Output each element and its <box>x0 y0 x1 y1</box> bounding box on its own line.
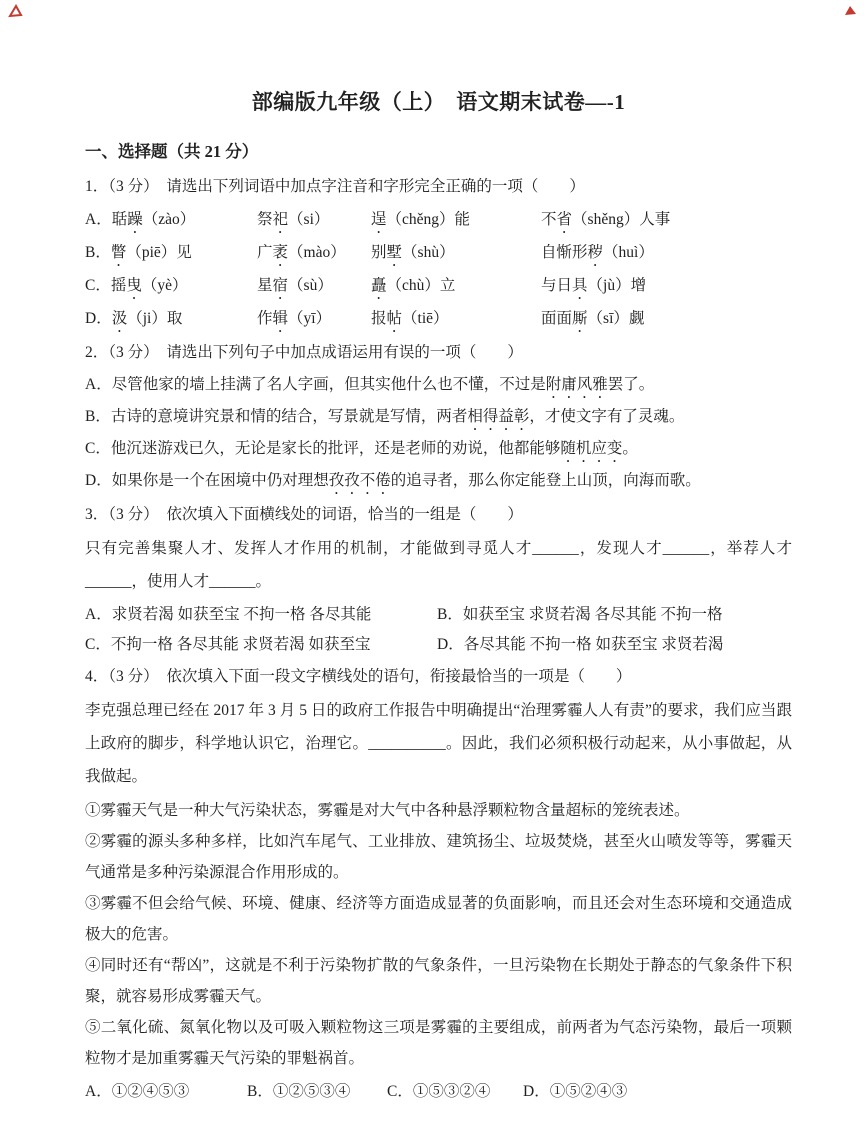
text-segment: （yī） <box>288 310 331 327</box>
q1-option-cell: A．聒躁（zào） <box>85 204 257 237</box>
emphasized-text: 具 <box>572 277 588 294</box>
emphasized-text: 宿 <box>273 277 289 294</box>
q1-option-row: A．聒躁（zào）祭祀（si）逞（chěng）能不省（shěng）人事 <box>85 204 792 237</box>
q4-choice: D．①⑤②④③ <box>523 1077 792 1107</box>
section-heading: 一、选择题（共 21 分） <box>85 138 792 166</box>
q2-option: A．尽管他家的墙上挂满了名人字画，但其实他什么也不懂，不过是附庸风雅罢了。 <box>85 370 792 402</box>
option-label: D． <box>85 310 112 327</box>
q4-list-item: ③雾霾不但会给气候、环境、健康、经济等方面造成显著的负面影响，而且还会对生态环境… <box>85 888 792 950</box>
corner-mark-top-left <box>8 4 24 18</box>
q1-stem: 1．（3 分） 请选出下列词语中加点字注音和字形完全正确的一项（ ） <box>85 172 792 202</box>
emphasized-text: 躁 <box>127 211 143 228</box>
text-segment: 别 <box>371 244 387 261</box>
q4-list-item: ②雾霾的源头多种多样，比如汽车尾气、工业排放、建筑扬尘、垃圾焚烧，甚至火山喷发等… <box>85 826 792 888</box>
emphasized-text: 袤 <box>273 244 289 261</box>
q4-choice: C．①⑤③②④ <box>387 1077 523 1107</box>
q1-option-cell: 报帖（tiē） <box>371 303 541 336</box>
q2-options: A．尽管他家的墙上挂满了名人字画，但其实他什么也不懂，不过是附庸风雅罢了。B．古… <box>85 370 792 498</box>
option-text: ①⑤③②④ <box>413 1083 491 1100</box>
q3-option-row: A．求贤若渴 如获至宝 不拘一格 各尽其能B．如获至宝 求贤若渴 各尽其能 不拘… <box>85 600 792 630</box>
q4-list-item: ⑤二氧化硫、氮氧化物以及可吸入颗粒物这三项是雾霾的主要组成，前两者为气态污染物，… <box>85 1012 792 1074</box>
q1-option-row: D．汲（ji）取作辑（yī）报帖（tiē）面面厮（sī）觑 <box>85 303 792 336</box>
text-segment: 古诗的意境讲究景和情的结合，写景就是写情，两者 <box>111 408 468 425</box>
option-text: 求贤若渴 如获至宝 不拘一格 各尽其能 <box>112 606 372 623</box>
emphasized-text: 秽 <box>588 244 604 261</box>
q4-passage: 李克强总理已经在 2017 年 3 月 5 日的政府工作报告中明确提出“治理雾霾… <box>85 694 792 793</box>
q2-stem: 2．（3 分） 请选出下列句子中加点成语运用有误的一项（ ） <box>85 338 792 368</box>
text-segment: 如果你是一个在困境中仍对理想 <box>112 472 329 489</box>
emphasized-text: 随机应变 <box>560 440 622 457</box>
q4-choice: B．①②⑤③④ <box>247 1077 387 1107</box>
option-text: ①②④⑤③ <box>112 1083 190 1100</box>
text-segment: （si） <box>288 211 329 228</box>
text-segment: （zào） <box>143 211 196 228</box>
q1-option-cell: 别墅（shù） <box>371 237 541 270</box>
option-text: ①②⑤③④ <box>273 1083 351 1100</box>
option-label: B． <box>85 408 111 425</box>
option-label: C． <box>85 277 111 294</box>
q1-option-cell: 不省（shěng）人事 <box>541 204 792 237</box>
text-segment: 的追寻者，那么你定能登上山顶，向海而歌。 <box>391 472 701 489</box>
option-label: C． <box>85 440 111 457</box>
q3-option: B．如获至宝 求贤若渴 各尽其能 不拘一格 <box>437 600 792 630</box>
text-segment: 星 <box>257 277 273 294</box>
emphasized-text: 曳 <box>126 277 142 294</box>
emphasized-text: 附庸风雅 <box>546 376 608 393</box>
option-label: A． <box>85 376 112 393</box>
q1-option-cell: 作辑（yī） <box>257 303 371 336</box>
text-segment: （yè） <box>142 277 188 294</box>
q1-options: A．聒躁（zào）祭祀（si）逞（chěng）能不省（shěng）人事B．瞥（p… <box>85 204 792 336</box>
q1-option-cell: 面面厮（sī）觑 <box>541 303 792 336</box>
option-label: C． <box>387 1083 413 1100</box>
text-segment: （tiē） <box>402 310 449 327</box>
option-label: A． <box>85 606 112 623</box>
text-segment: （shěng）人事 <box>572 211 670 228</box>
text-segment: ，才使文字有了灵魂。 <box>529 408 684 425</box>
emphasized-text: 逞 <box>371 211 387 228</box>
option-label: D． <box>437 636 464 653</box>
corner-mark-top-right <box>842 4 858 18</box>
emphasized-text: 矗 <box>371 277 387 294</box>
q3-stem: 3．（3 分） 依次填入下面横线处的词语，恰当的一组是（ ） <box>85 500 792 530</box>
q1-option-cell: C．摇曳（yè） <box>85 270 257 303</box>
option-text: 如获至宝 求贤若渴 各尽其能 不拘一格 <box>463 606 723 623</box>
q1-option-cell: 矗（chù）立 <box>371 270 541 303</box>
q1-option-cell: 与日具（jù）增 <box>541 270 792 303</box>
q1-option-cell: 自惭形秽（huì） <box>541 237 792 270</box>
q1-option-cell: B．瞥（piē）见 <box>85 237 257 270</box>
text-segment: （huì） <box>603 244 654 261</box>
q2-option: C．他沉迷游戏已久，无论是家长的批评，还是老师的劝说，他都能够随机应变。 <box>85 434 792 466</box>
emphasized-text: 孜孜不倦 <box>329 472 391 489</box>
text-segment: （ji）取 <box>127 310 182 327</box>
text-segment: 尽管他家的墙上挂满了名人字画，但其实他什么也不懂，不过是 <box>112 376 546 393</box>
option-label: B． <box>85 244 111 261</box>
q2-option: B．古诗的意境讲究景和情的结合，写景就是写情，两者相得益彰，才使文字有了灵魂。 <box>85 402 792 434</box>
q3-options: A．求贤若渴 如获至宝 不拘一格 各尽其能B．如获至宝 求贤若渴 各尽其能 不拘… <box>85 600 792 660</box>
q4-choice: A．①②④⑤③ <box>85 1077 247 1107</box>
text-segment: （sī）觑 <box>588 310 645 327</box>
q3-option-row: C．不拘一格 各尽其能 求贤若渴 如获至宝D．各尽其能 不拘一格 如获至宝 求贤… <box>85 630 792 660</box>
q1-option-cell: 星宿（sù） <box>257 270 371 303</box>
option-label: D． <box>85 472 112 489</box>
q3-option: D．各尽其能 不拘一格 如获至宝 求贤若渴 <box>437 630 792 660</box>
page-title: 部编版九年级（上） 语文期末试卷—-1 <box>85 86 792 118</box>
q1-option-cell: D．汲（ji）取 <box>85 303 257 336</box>
emphasized-text: 帖 <box>387 310 403 327</box>
text-segment: 他沉迷游戏已久，无论是家长的批评，还是老师的劝说，他都能够 <box>111 440 561 457</box>
q3-option: A．求贤若渴 如获至宝 不拘一格 各尽其能 <box>85 600 437 630</box>
emphasized-text: 厮 <box>572 310 588 327</box>
option-label: D． <box>523 1083 550 1100</box>
text-segment: 摇 <box>111 277 127 294</box>
q1-option-row: B．瞥（piē）见广袤（mào）别墅（shù）自惭形秽（huì） <box>85 237 792 270</box>
exam-content: 部编版九年级（上） 语文期末试卷—-1 一、选择题（共 21 分） 1．（3 分… <box>85 86 792 1107</box>
emphasized-text: 瞥 <box>111 244 127 261</box>
exam-page: 部编版九年级（上） 语文期末试卷—-1 一、选择题（共 21 分） 1．（3 分… <box>0 0 866 1122</box>
option-text: 不拘一格 各尽其能 求贤若渴 如获至宝 <box>111 636 371 653</box>
emphasized-text: 祀 <box>273 211 289 228</box>
q3-passage: 只有完善集聚人才、发挥人才作用的机制，才能做到寻觅人才______，发现人才__… <box>85 532 792 598</box>
text-segment: 广 <box>257 244 273 261</box>
option-label: A． <box>85 211 112 228</box>
text-segment: 不 <box>541 211 557 228</box>
option-text: ①⑤②④③ <box>550 1083 628 1100</box>
option-label: A． <box>85 1083 112 1100</box>
q4-list: ①雾霾天气是一种大气污染状态，雾霾是对大气中各种悬浮颗粒物含量超标的笼统表述。②… <box>85 795 792 1074</box>
text-segment: （chù）立 <box>387 277 456 294</box>
emphasized-text: 相得益彰 <box>467 408 529 425</box>
text-segment: 祭 <box>257 211 273 228</box>
emphasized-text: 墅 <box>387 244 403 261</box>
option-label: C． <box>85 636 111 653</box>
q4-stem: 4．（3 分） 依次填入下面一段文字横线处的语句，衔接最恰当的一项是（ ） <box>85 662 792 692</box>
text-segment: （chěng）能 <box>387 211 471 228</box>
option-label: B． <box>437 606 463 623</box>
text-segment: （shù） <box>402 244 455 261</box>
q1-option-cell: 逞（chěng）能 <box>371 204 541 237</box>
q3-option: C．不拘一格 各尽其能 求贤若渴 如获至宝 <box>85 630 437 660</box>
option-label: B． <box>247 1083 273 1100</box>
emphasized-text: 汲 <box>112 310 128 327</box>
text-segment: （piē）见 <box>126 244 191 261</box>
q4-choices: A．①②④⑤③B．①②⑤③④C．①⑤③②④D．①⑤②④③ <box>85 1077 792 1107</box>
text-segment: （sù） <box>288 277 333 294</box>
option-text: 各尽其能 不拘一格 如获至宝 求贤若渴 <box>464 636 724 653</box>
text-segment: 作 <box>257 310 273 327</box>
text-segment: 罢了。 <box>608 376 655 393</box>
text-segment: 面面 <box>541 310 572 327</box>
q4-list-item: ④同时还有“帮凶”，这就是不利于污染物扩散的气象条件，一旦污染物在长期处于静态的… <box>85 950 792 1012</box>
text-segment: 聒 <box>112 211 128 228</box>
text-segment: 自惭形 <box>541 244 588 261</box>
q4-list-item: ①雾霾天气是一种大气污染状态，雾霾是对大气中各种悬浮颗粒物含量超标的笼统表述。 <box>85 795 792 826</box>
emphasized-text: 省 <box>557 211 573 228</box>
emphasized-text: 辑 <box>273 310 289 327</box>
q1-option-cell: 祭祀（si） <box>257 204 371 237</box>
text-segment: 。 <box>622 440 638 457</box>
text-segment: （mào） <box>288 244 346 261</box>
q1-option-cell: 广袤（mào） <box>257 237 371 270</box>
q1-option-row: C．摇曳（yè）星宿（sù）矗（chù）立与日具（jù）增 <box>85 270 792 303</box>
text-segment: （jù）增 <box>588 277 647 294</box>
text-segment: 报 <box>371 310 387 327</box>
text-segment: 与日 <box>541 277 572 294</box>
q2-option: D．如果你是一个在困境中仍对理想孜孜不倦的追寻者，那么你定能登上山顶，向海而歌。 <box>85 466 792 498</box>
